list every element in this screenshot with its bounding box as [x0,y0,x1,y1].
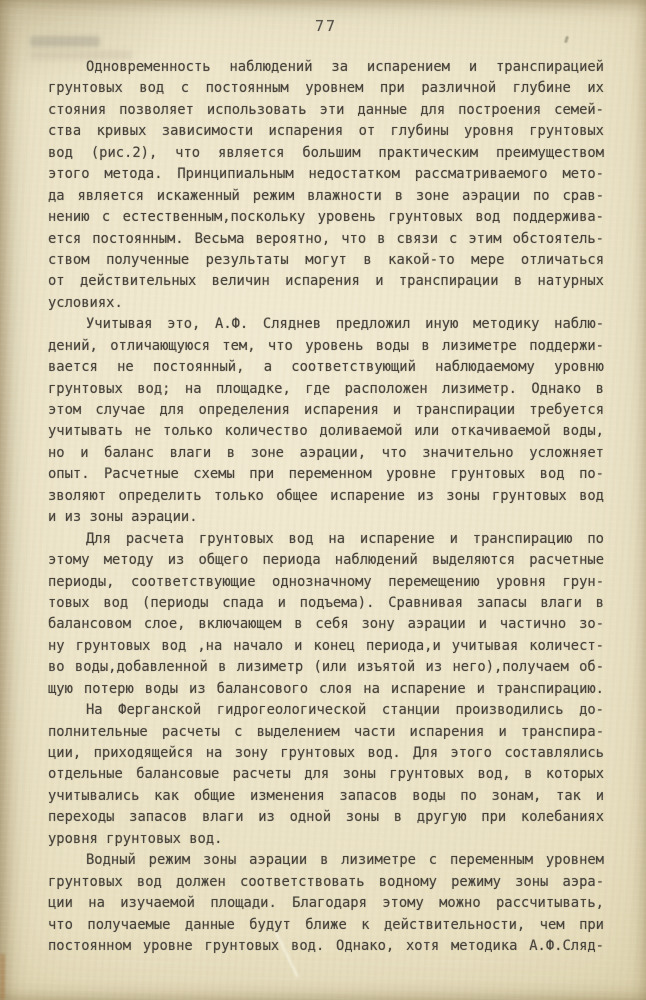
paper-edge-stain [0,954,5,1000]
text-line: товых вод (периоды спада и подъема). Сра… [48,593,604,614]
paragraph: Одновременность наблюдений за испарением… [48,57,604,314]
text-line: стояния позволяет использовать эти данны… [48,100,604,121]
text-line: Одновременность наблюдений за испарением… [48,57,604,78]
text-line: и из зоны аэрации. [48,507,604,528]
text-line: да является искаженный режим влажности в… [48,186,604,207]
text-line: учитывать не только количество доливаемо… [48,421,604,442]
text-line: периоды, соответствующие однозначному пе… [48,572,604,593]
text-line: условиях. [48,293,604,314]
text-line: зволяют определить только общее испарени… [48,486,604,507]
text-line: дений, отличающуюся тем, что уровень вод… [48,336,604,357]
text-line: грунтовых вод; на площадке, где располож… [48,379,604,400]
text-line: Водный режим зоны аэрации в лизиметре с … [48,850,604,871]
paragraph: Учитывая это, А.Ф. Сляднев предложил ину… [48,314,604,528]
text-line: На Ферганской гидрогеологической станции… [48,700,604,721]
text-line: переходы запасов влаги из одной зоны в д… [48,807,604,828]
text-line: ну грунтовых вод ,на начало и конец пери… [48,636,604,657]
text-line: ции на изучаемой площади. Благодаря этом… [48,893,604,914]
text-line: балансовом слое, включающем в себя зону … [48,614,604,635]
text-line: грунтовых вод должен соответствовать вод… [48,872,604,893]
paragraph: Для расчета грунтовых вод на испарение и… [48,529,604,701]
page-number: 77 [48,17,604,35]
text-line: полнительные расчеты с выделением части … [48,722,604,743]
text-line: уровня грунтовых вод. [48,829,604,850]
text-line: этом случае для определения испарения и … [48,400,604,421]
text-line: ется постоянным. Весьма вероятно, что в … [48,229,604,250]
text-line: щую потерю воды из балансового слоя на и… [48,679,604,700]
text-body: Одновременность наблюдений за испарением… [48,57,604,957]
text-line: ством полученные результаты могут в како… [48,250,604,271]
ink-speck [564,36,569,44]
text-line: от действительных величин испарения и тр… [48,271,604,292]
text-line: опыт. Расчетные схемы при переменном уро… [48,464,604,485]
text-line: ства кривых зависимости испарения от глу… [48,121,604,142]
scanned-document-page: 77 Одновременность наблюдений за испарен… [0,0,646,1000]
text-line: нению с естественным,поскольку уровень г… [48,207,604,228]
text-line: но и баланс влаги в зоне аэрации, что зн… [48,443,604,464]
paragraph: На Ферганской гидрогеологической станции… [48,700,604,850]
text-line: отдельные балансовые расчеты для зоны гр… [48,764,604,785]
text-line: учитывались как общие изменения запасов … [48,786,604,807]
text-line: во воды,добавленной в лизиметр (или изъя… [48,657,604,678]
text-line: Учитывая это, А.Ф. Сляднев предложил ину… [48,314,604,335]
text-line: постоянном уровне грунтовых вод. Однако,… [48,936,604,957]
text-line: грунтовых вод с постоянным уровнем при р… [48,78,604,99]
text-line: ции, приходящейся на зону грунтовых вод.… [48,743,604,764]
text-line: Для расчета грунтовых вод на испарение и… [48,529,604,550]
text-line: вод (рис.2), что является большим практи… [48,143,604,164]
text-line: что получаемые данные будут ближе к дейс… [48,915,604,936]
print-smudge [30,36,100,47]
text-line: этого метода. Принципиальным недостатком… [48,164,604,185]
paragraph: Водный режим зоны аэрации в лизиметре с … [48,850,604,957]
text-line: вается не постоянный, а соответствующий … [48,357,604,378]
text-line: этому методу из общего периода наблюдени… [48,550,604,571]
